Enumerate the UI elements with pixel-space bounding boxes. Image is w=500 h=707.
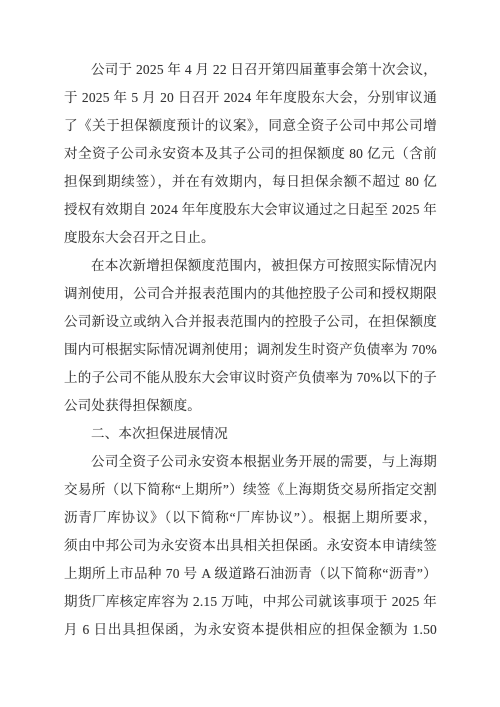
section-heading: 二、本次担保进展情况 — [64, 420, 437, 448]
text-line: 须由中邦公司为永安资本出具相关担保函。永安资本申请续签的 — [64, 532, 437, 560]
paragraph-3: 公司全资子公司永安资本根据业务开展的需要，与上海期货 交易所（以下简称“上期所”… — [64, 448, 437, 644]
announcement-text: 公司于 2025 年 4 月 22 日召开第四届董事会第十次会议，并 于 202… — [0, 0, 500, 644]
paragraph-2: 在本次新增担保额度范围内，被担保方可按照实际情况内部 调剂使用，公司合并报表范围… — [64, 252, 437, 420]
text-line: 上的子公司不能从股东大会审议时资产负债率为 70%以下的子 — [64, 364, 437, 392]
text-line: 围内可根据实际情况调剂使用；调剂发生时资产负债率为 70%以 — [64, 336, 437, 364]
text-line: 公司于 2025 年 4 月 22 日召开第四届董事会第十次会议，并 — [64, 56, 437, 84]
text-line: 公司新设立或纳入合并报表范围内的控股子公司，在担保额度范 — [64, 308, 437, 336]
section-heading-text: 二、本次担保进展情况 — [64, 420, 437, 448]
text-line: 对全资子公司永安资本及其子公司的担保额度 80 亿元（含前期 — [64, 140, 437, 168]
text-line: 公司处获得担保额度。 — [64, 392, 437, 420]
document-page: 公司于 2025 年 4 月 22 日召开第四届董事会第十次会议，并 于 202… — [0, 0, 500, 707]
text-line: 了《关于担保额度预计的议案》，同意全资子公司中邦公司增加 — [64, 112, 437, 140]
text-line: 公司全资子公司永安资本根据业务开展的需要，与上海期货 — [64, 448, 437, 476]
text-line: 上期所上市品种 70 号 A 级道路石油沥青（以下简称“沥青”） — [64, 560, 437, 588]
paragraph-1: 公司于 2025 年 4 月 22 日召开第四届董事会第十次会议，并 于 202… — [64, 56, 437, 252]
text-line: 调剂使用，公司合并报表范围内的其他控股子公司和授权期限内 — [64, 280, 437, 308]
text-line: 期货厂库核定库容为 2.15 万吨，中邦公司就该事项于 2025 年 6 — [64, 588, 437, 616]
text-line: 月 6 日出具担保函，为永安资本提供相应的担保金额为 1.50 亿 — [64, 616, 437, 644]
text-line: 授权有效期自 2024 年年度股东大会审议通过之日起至 2025 年年 — [64, 196, 437, 224]
text-line: 在本次新增担保额度范围内，被担保方可按照实际情况内部 — [64, 252, 437, 280]
text-line: 度股东大会召开之日止。 — [64, 224, 437, 252]
text-line: 沥青厂库协议》（以下简称“厂库协议”）。根据上期所要求， — [64, 504, 437, 532]
text-line: 交易所（以下简称“上期所”）续签《上海期货交易所指定交割 — [64, 476, 437, 504]
text-line: 担保到期续签），并在有效期内，每日担保余额不超过 80 亿元。 — [64, 168, 437, 196]
text-line: 于 2025 年 5 月 20 日召开 2024 年年度股东大会，分别审议通过 — [64, 84, 437, 112]
